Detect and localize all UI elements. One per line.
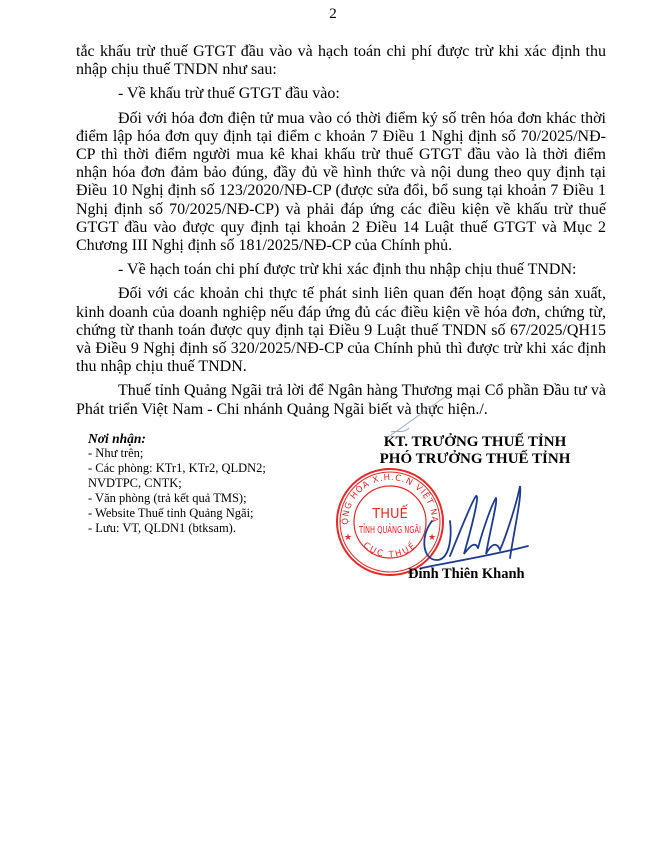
paragraph-vat-deduction: Đối với hóa đơn điện tử mua vào có thời … bbox=[76, 110, 606, 256]
heading-vat-deduction: - Về khấu trừ thuế GTGT đầu vào: bbox=[76, 85, 606, 103]
svg-text:TỈNH QUẢNG NGÃI: TỈNH QUẢNG NGÃI bbox=[358, 524, 421, 536]
signer-name: Đinh Thiên Khanh bbox=[408, 566, 525, 583]
handwritten-signature-icon bbox=[420, 476, 530, 576]
paragraph-intro: tắc khấu trừ thuế GTGT đầu vào và hạch t… bbox=[76, 43, 606, 79]
letter-body: tắc khấu trừ thuế GTGT đầu vào và hạch t… bbox=[76, 43, 606, 425]
recipient-item: - Website Thuế tỉnh Quảng Ngãi; bbox=[88, 506, 298, 521]
heading-cit-expenses: - Về hạch toán chi phí được trừ khi xác … bbox=[76, 261, 606, 279]
paragraph-cit-expenses: Đối với các khoản chi thực tế phát sinh … bbox=[76, 285, 606, 376]
recipient-item: - Như trên; bbox=[88, 446, 298, 461]
svg-text:★: ★ bbox=[344, 532, 352, 542]
signature-block: KT. TRƯỞNG THUẾ TỈNH PHÓ TRƯỞNG THUẾ TỈN… bbox=[340, 434, 610, 468]
recipients-list: Nơi nhận: - Như trên; - Các phòng: KTr1,… bbox=[88, 431, 298, 536]
recipient-item: - Các phòng: KTr1, KTr2, QLDN2; NVDTPC, … bbox=[88, 461, 298, 491]
recipient-item: - Văn phòng (trả kết quả TMS); bbox=[88, 491, 298, 506]
signer-authority: KT. TRƯỞNG THUẾ TỈNH bbox=[340, 434, 610, 451]
page-number: 2 bbox=[0, 6, 666, 23]
svg-text:CỤC THUẾ: CỤC THUẾ bbox=[361, 539, 419, 560]
recipient-item: - Lưu: VT, QLDN1 (btksam). bbox=[88, 521, 298, 536]
recipients-title: Nơi nhận: bbox=[88, 431, 298, 446]
svg-text:THUẾ: THUẾ bbox=[371, 505, 408, 522]
paragraph-closing: Thuế tỉnh Quảng Ngãi trả lời để Ngân hàn… bbox=[76, 382, 606, 418]
